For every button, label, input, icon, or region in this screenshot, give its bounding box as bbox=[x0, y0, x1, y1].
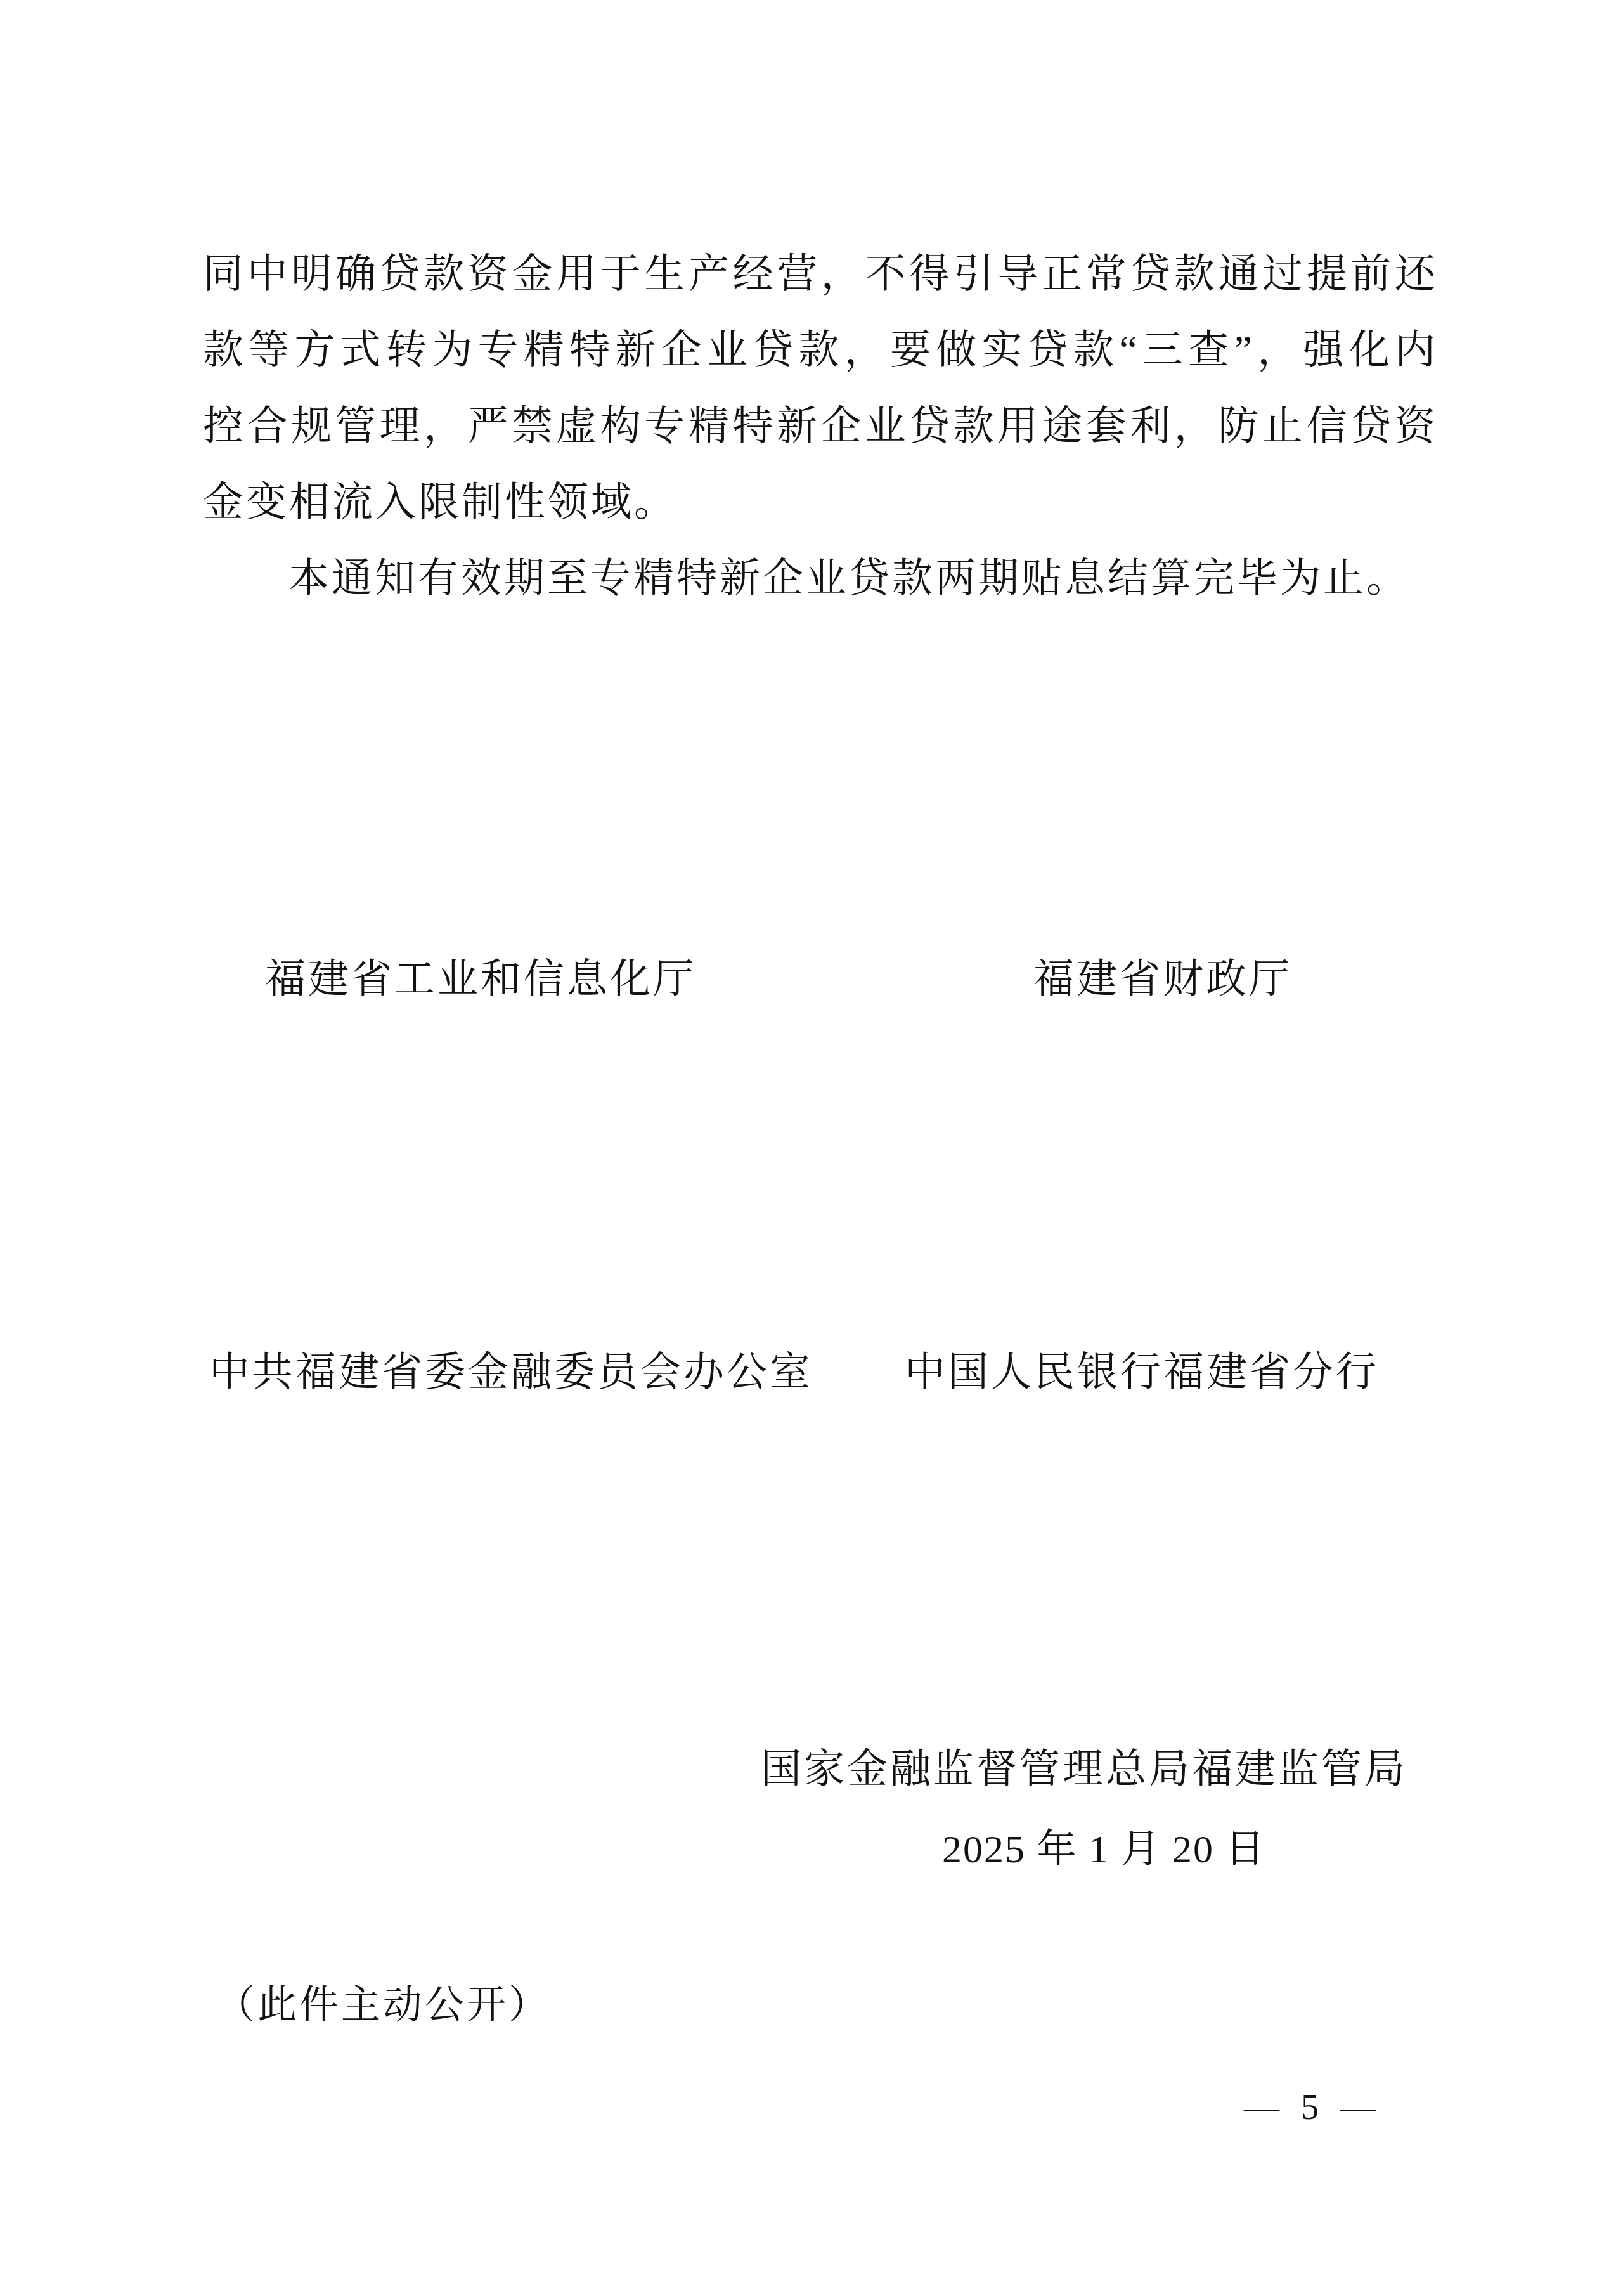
signature-org-nfra-fujian-bureau: 国家金融监督管理总局福建监管局 bbox=[761, 1736, 1407, 1794]
signature-org-finance-dept: 福建省财政厅 bbox=[1033, 946, 1292, 1004]
body-line: 金变相流入限制性领域。 bbox=[203, 464, 1435, 540]
page-number: — 5 — bbox=[1244, 2087, 1382, 2128]
signature-org-financial-committee-office: 中共福建省委金融委员会办公室 bbox=[209, 1339, 813, 1398]
body-line: 款等方式转为专精特新企业贷款，要做实贷款“三查”，强化内 bbox=[203, 312, 1435, 388]
signature-org-industry-it-dept: 福建省工业和信息化厅 bbox=[265, 946, 696, 1004]
body-text: 同中明确贷款资金用于生产经营，不得引导正常贷款通过提前还 款等方式转为专精特新企… bbox=[203, 236, 1435, 616]
body-line: 同中明确贷款资金用于生产经营，不得引导正常贷款通过提前还 bbox=[203, 236, 1435, 312]
body-line: 控合规管理，严禁虚构专精特新企业贷款用途套利，防止信贷资 bbox=[203, 388, 1435, 464]
signature-org-pboc-fujian-branch: 中国人民银行福建省分行 bbox=[905, 1339, 1379, 1398]
body-paragraph-validity: 本通知有效期至专精特新企业贷款两期贴息结算完毕为止。 bbox=[203, 540, 1435, 616]
signature-date: 2025 年 1 月 20 日 bbox=[942, 1817, 1266, 1874]
document-page: 同中明确贷款资金用于生产经营，不得引导正常贷款通过提前还 款等方式转为专精特新企… bbox=[0, 0, 1623, 2296]
disclosure-note: （此件主动公开） bbox=[216, 1973, 550, 2030]
